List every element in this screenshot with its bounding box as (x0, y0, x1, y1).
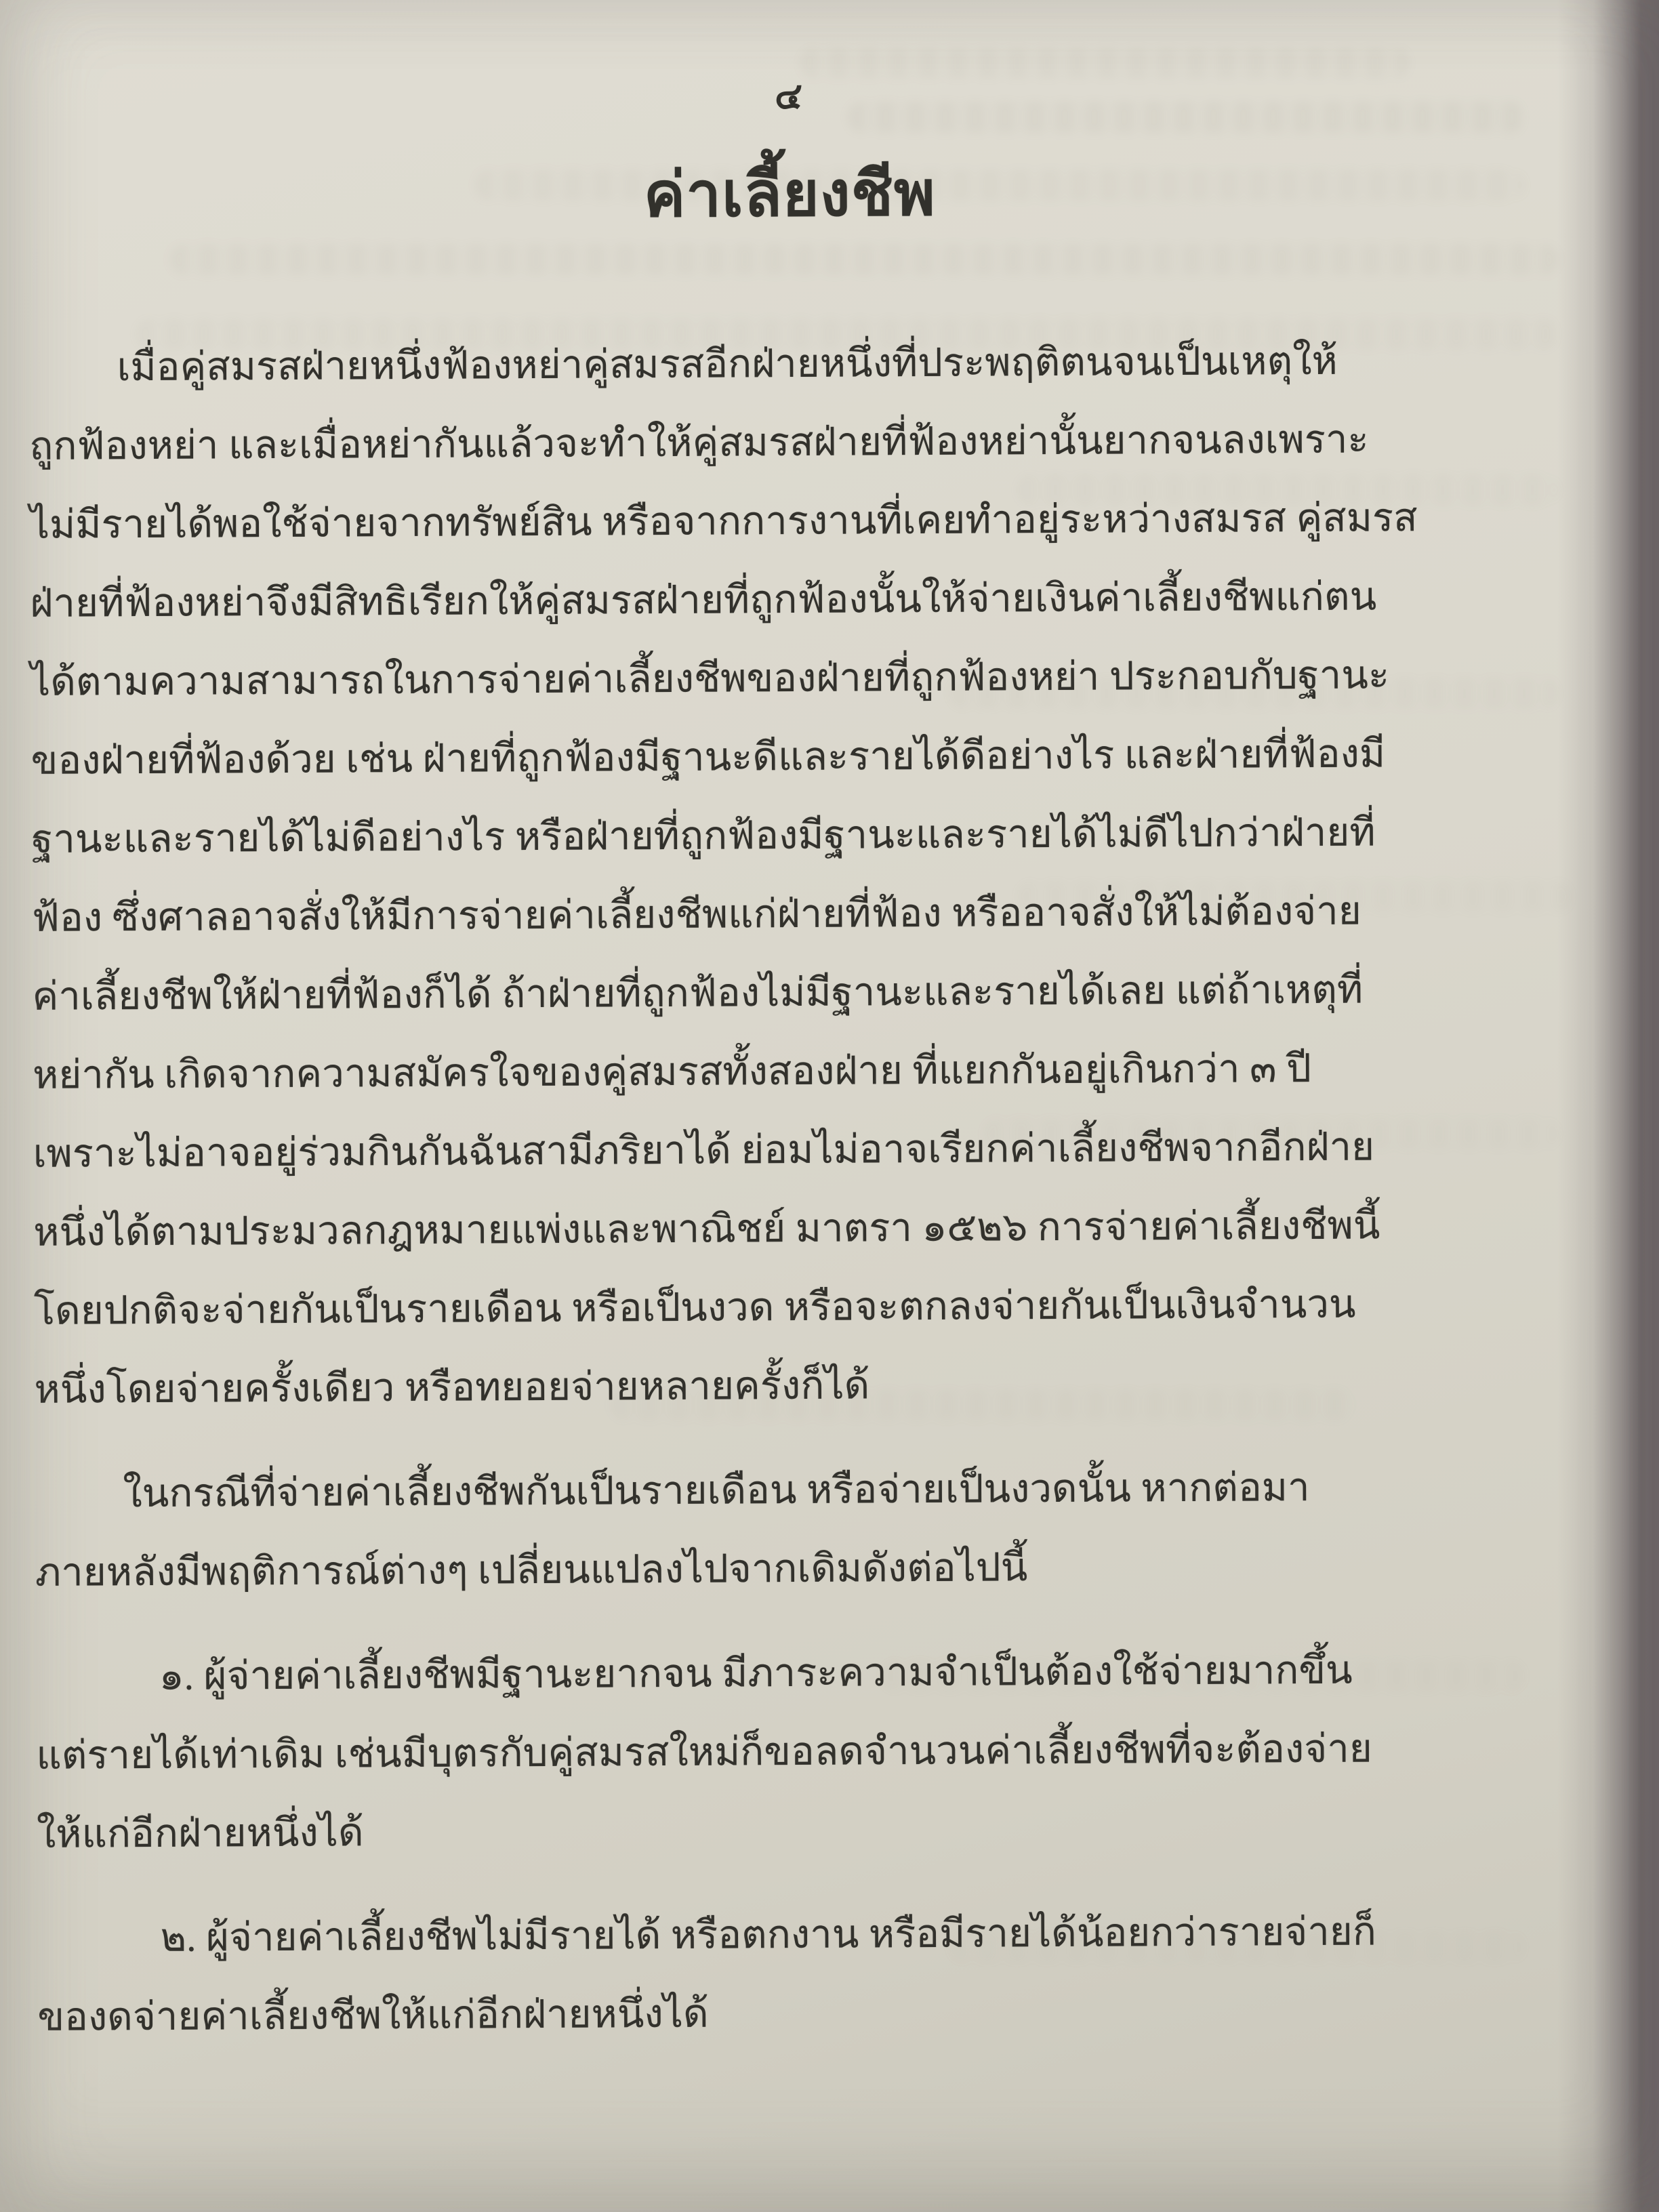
book-page-edge-shadow (1557, 0, 1659, 2212)
paragraph: ในกรณีที่จ่ายค่าเลี้ยงชีพกันเป็นรายเดือน… (35, 1447, 1559, 1612)
body-line: ๒. ผู้จ่ายค่าเลี้ยงชีพไม่มีรายได้ หรือตก… (37, 1891, 1561, 1978)
body-line: ภายหลังมีพฤติการณ์ต่างๆ เปลี่ยนแปลงไปจาก… (35, 1525, 1559, 1612)
body-line: แต่รายได้เท่าเดิม เช่นมีบุตรกับคู่สมรสให… (36, 1708, 1560, 1795)
body-line: หนึ่งได้ตามประมวลกฎหมายแพ่งและพาณิชย์ มา… (33, 1185, 1557, 1272)
body-line: ของดจ่ายค่าเลี้ยงชีพให้แก่อีกฝ่ายหนึ่งได… (37, 1970, 1561, 2057)
body-line: ได้ตามความสามารถในการจ่ายค่าเลี้ยงชีพของ… (30, 635, 1555, 722)
body-line: เพราะไม่อาจอยู่ร่วมกินกันฉันสามีภริยาได้… (33, 1107, 1557, 1193)
book-page: ๔ ค่าเลี้ยงชีพ เมื่อคู่สมรสฝ่ายหนึ่งฟ้อง… (27, 62, 1561, 2057)
body-line: ถูกฟ้องหย่า และเมื่อหย่ากันแล้วจะทำให้คู… (29, 399, 1553, 486)
body-line: ไม่มีรายได้พอใช้จ่ายจากทรัพย์สิน หรือจาก… (30, 478, 1554, 565)
body-line: หย่ากัน เกิดจากความสมัครใจของคู่สมรสทั้ง… (33, 1028, 1557, 1115)
list-item: ๑. ผู้จ่ายค่าเลี้ยงชีพมีฐานะยากจน มีภาระ… (35, 1630, 1560, 1874)
body-line: ฐานะและรายได้ไม่ดีอย่างไร หรือฝ่ายที่ถูก… (31, 792, 1555, 879)
body-line: ให้แก่อีกฝ่ายหนึ่งได้ (37, 1787, 1561, 1874)
body-line: ฟ้อง ซึ่งศาลอาจสั่งให้มีการจ่ายค่าเลี้ยง… (32, 871, 1556, 958)
body-line: ของฝ่ายที่ฟ้องด้วย เช่น ฝ่ายที่ถูกฟ้องมี… (30, 714, 1555, 800)
body-line: ค่าเลี้ยงชีพให้ฝ่ายที่ฟ้องก็ได้ ถ้าฝ่ายท… (32, 949, 1556, 1036)
list-item: ๒. ผู้จ่ายค่าเลี้ยงชีพไม่มีรายได้ หรือตก… (37, 1891, 1561, 2057)
body-line: ฝ่ายที่ฟ้องหย่าจึงมีสิทธิเรียกให้คู่สมรส… (30, 556, 1554, 643)
body-line: ในกรณีที่จ่ายค่าเลี้ยงชีพกันเป็นรายเดือน… (35, 1447, 1559, 1534)
body-line: โดยปกติจะจ่ายกันเป็นรายเดือน หรือเป็นงวด… (34, 1264, 1558, 1351)
body-line: หนึ่งโดยจ่ายครั้งเดียว หรือทยอยจ่ายหลายค… (34, 1343, 1558, 1429)
chapter-title: ค่าเลี้ยงชีพ (28, 140, 1552, 247)
body-line: เมื่อคู่สมรสฝ่ายหนึ่งฟ้องหย่าคู่สมรสอีกฝ… (28, 321, 1553, 407)
page-number: ๔ (27, 62, 1551, 129)
body-line: ๑. ผู้จ่ายค่าเลี้ยงชีพมีฐานะยากจน มีภาระ… (35, 1630, 1559, 1717)
paragraph: เมื่อคู่สมรสฝ่ายหนึ่งฟ้องหย่าคู่สมรสอีกฝ… (28, 321, 1557, 1429)
